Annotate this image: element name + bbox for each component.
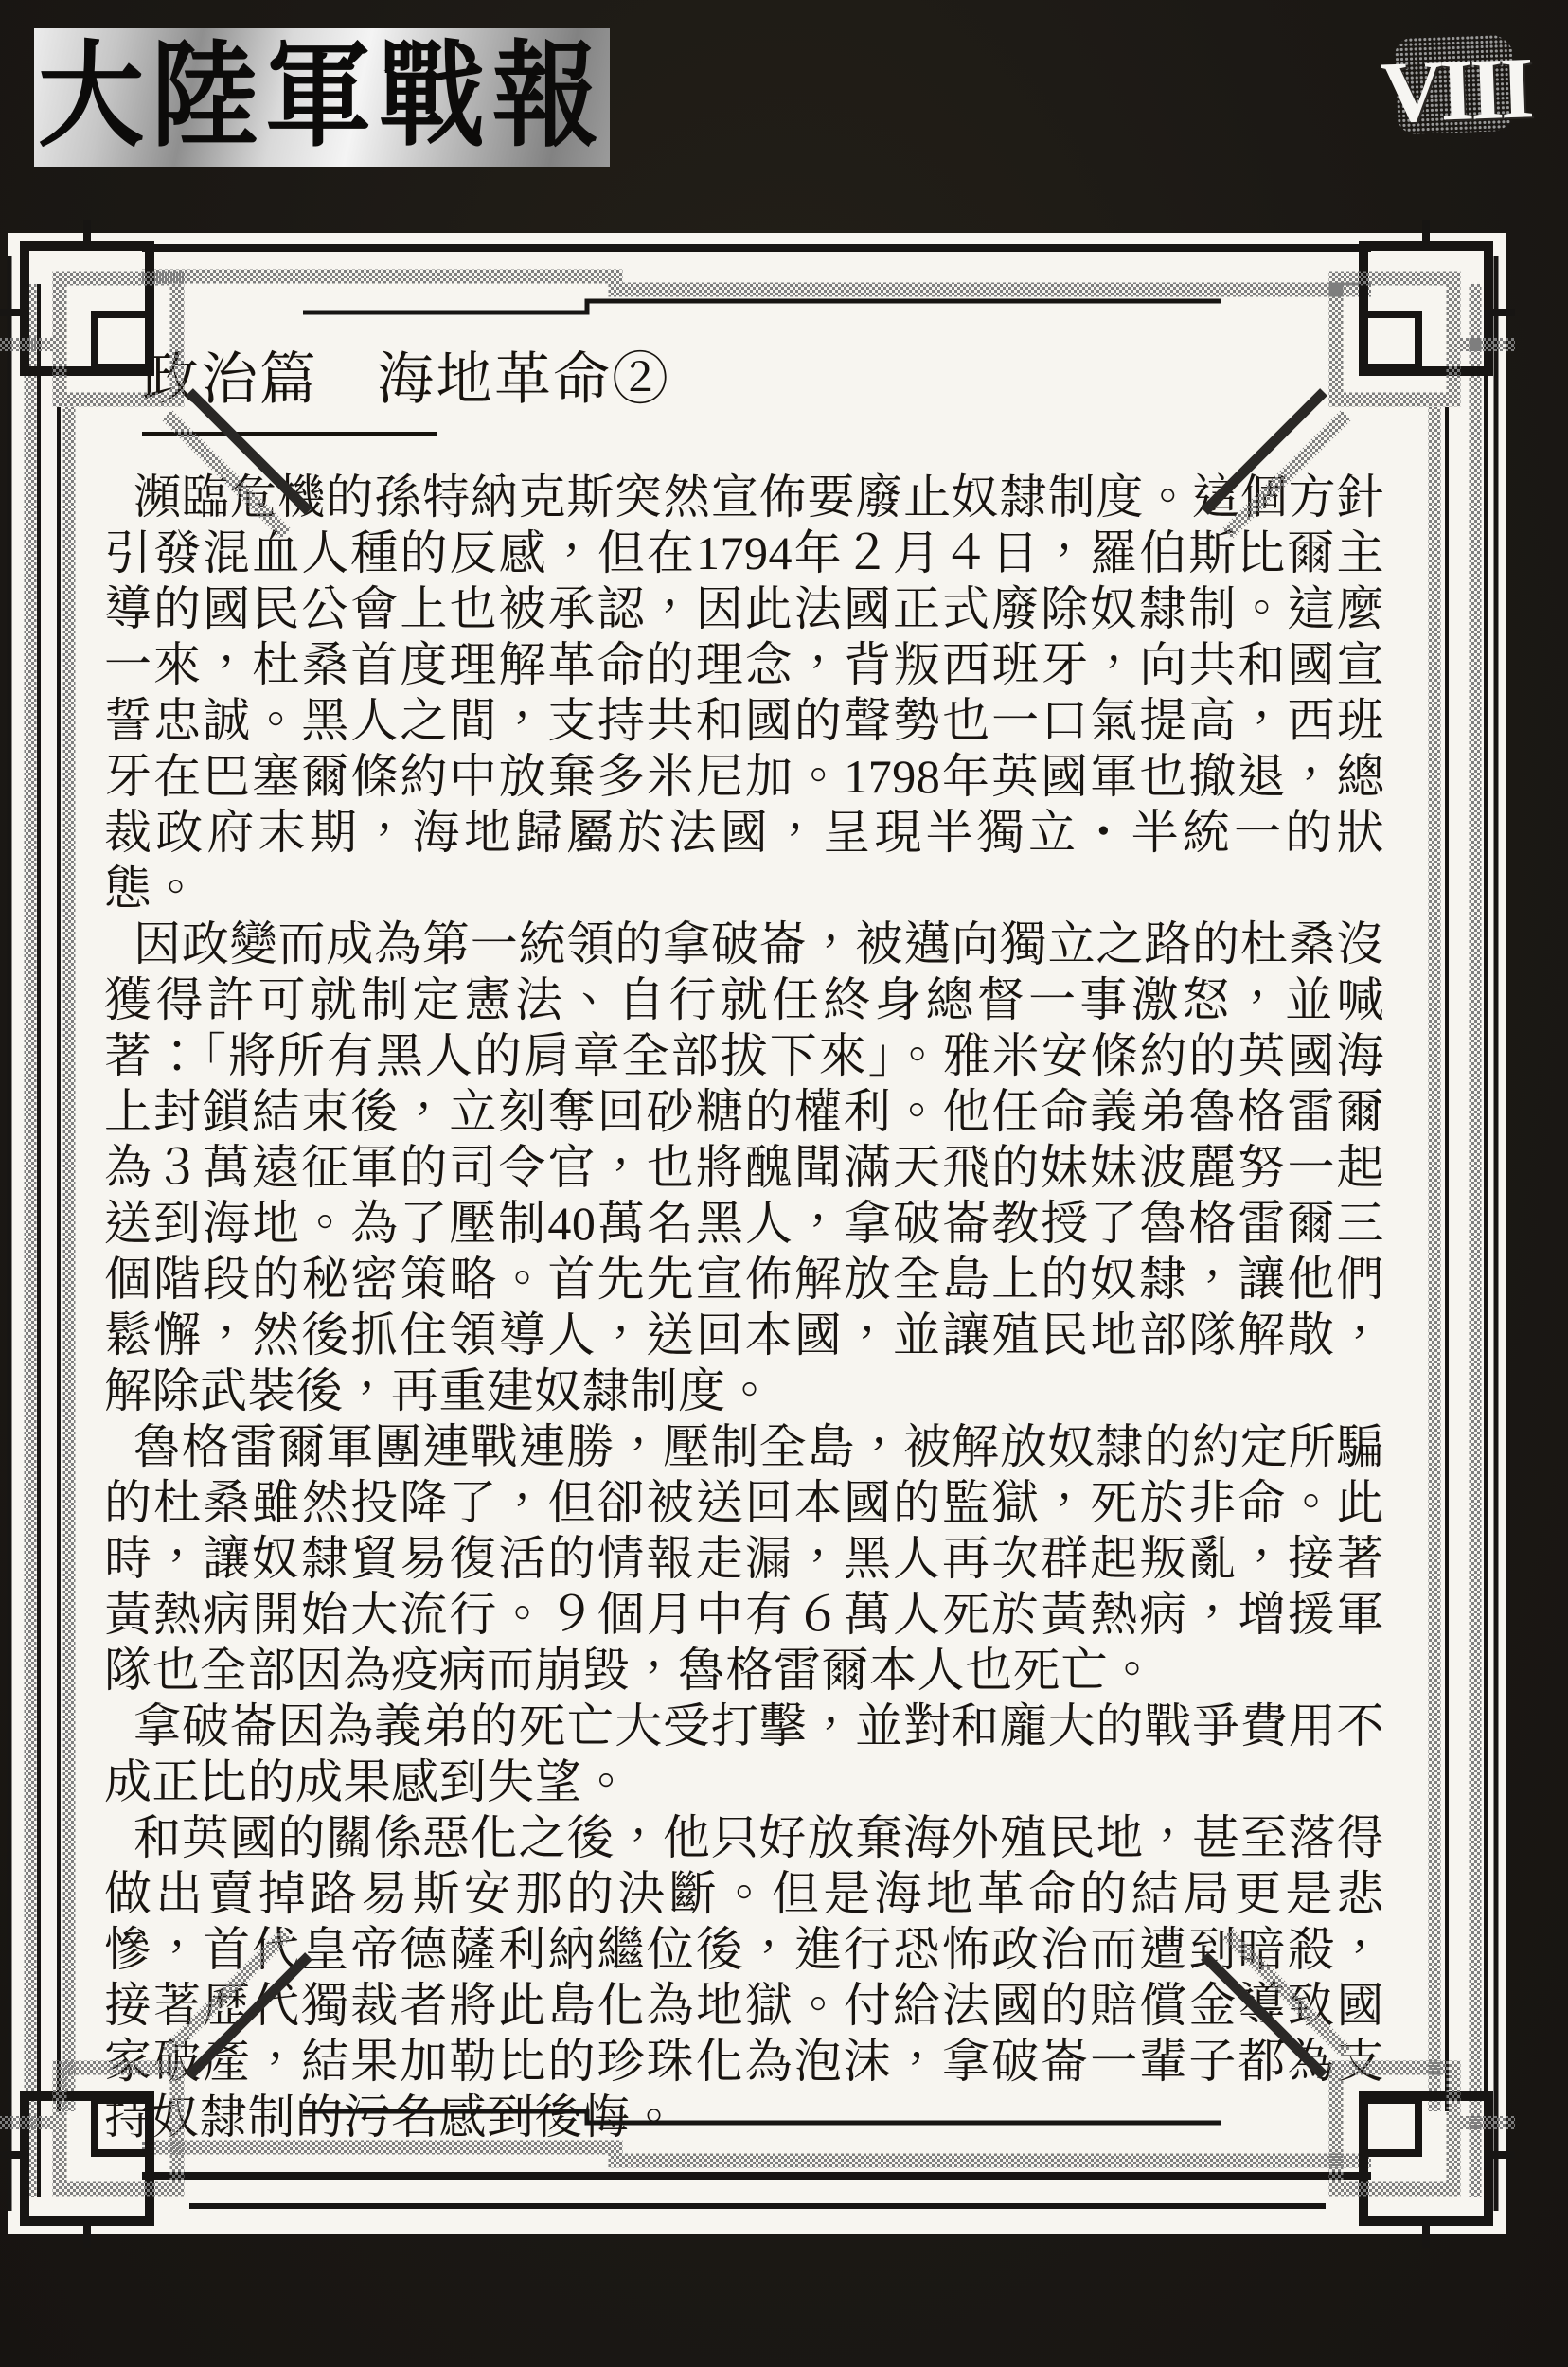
paragraph: 瀕臨危機的孫特納克斯突然宣佈要廢止奴隸制度。這個方針引發混血人種的反感，但在17… — [104, 470, 1384, 917]
page-number-badge: VIII — [1394, 34, 1516, 134]
masthead-title: 大陸軍戰報 — [38, 41, 606, 155]
section-title: 政治篇 海地革命② — [142, 348, 670, 411]
page-number: VIII — [1380, 44, 1532, 135]
masthead-box: 大陸軍戰報 — [34, 28, 610, 167]
scanned-book-page: 大陸軍戰報 VIII 政治篇 海地革命② 瀕臨危機的孫特納克斯突然宣佈要廢止奴隸… — [0, 0, 1568, 2367]
paragraph: 和英國的關係惡化之後，他只好放棄海外殖民地，甚至落得做出賣掉路易斯安那的決斷。但… — [104, 1810, 1384, 2145]
paper-panel: 政治篇 海地革命② 瀕臨危機的孫特納克斯突然宣佈要廢止奴隸制度。這個方針引發混血… — [8, 233, 1506, 2234]
paragraph: 拿破崙因為義弟的死亡大受打擊，並對和龐大的戰爭費用不成正比的成果感到失望。 — [104, 1699, 1384, 1810]
paragraph: 魯格雷爾軍團連戰連勝，壓制全島，被解放奴隸的約定所騙的杜桑雖然投降了，但卻被送回… — [104, 1419, 1384, 1699]
paragraph: 因政變而成為第一統領的拿破崙，被邁向獨立之路的杜桑沒獲得許可就制定憲法、自行就任… — [104, 917, 1384, 1419]
title-underline — [142, 432, 437, 436]
article-body: 瀕臨危機的孫特納克斯突然宣佈要廢止奴隸制度。這個方針引發混血人種的反感，但在17… — [104, 470, 1384, 2145]
